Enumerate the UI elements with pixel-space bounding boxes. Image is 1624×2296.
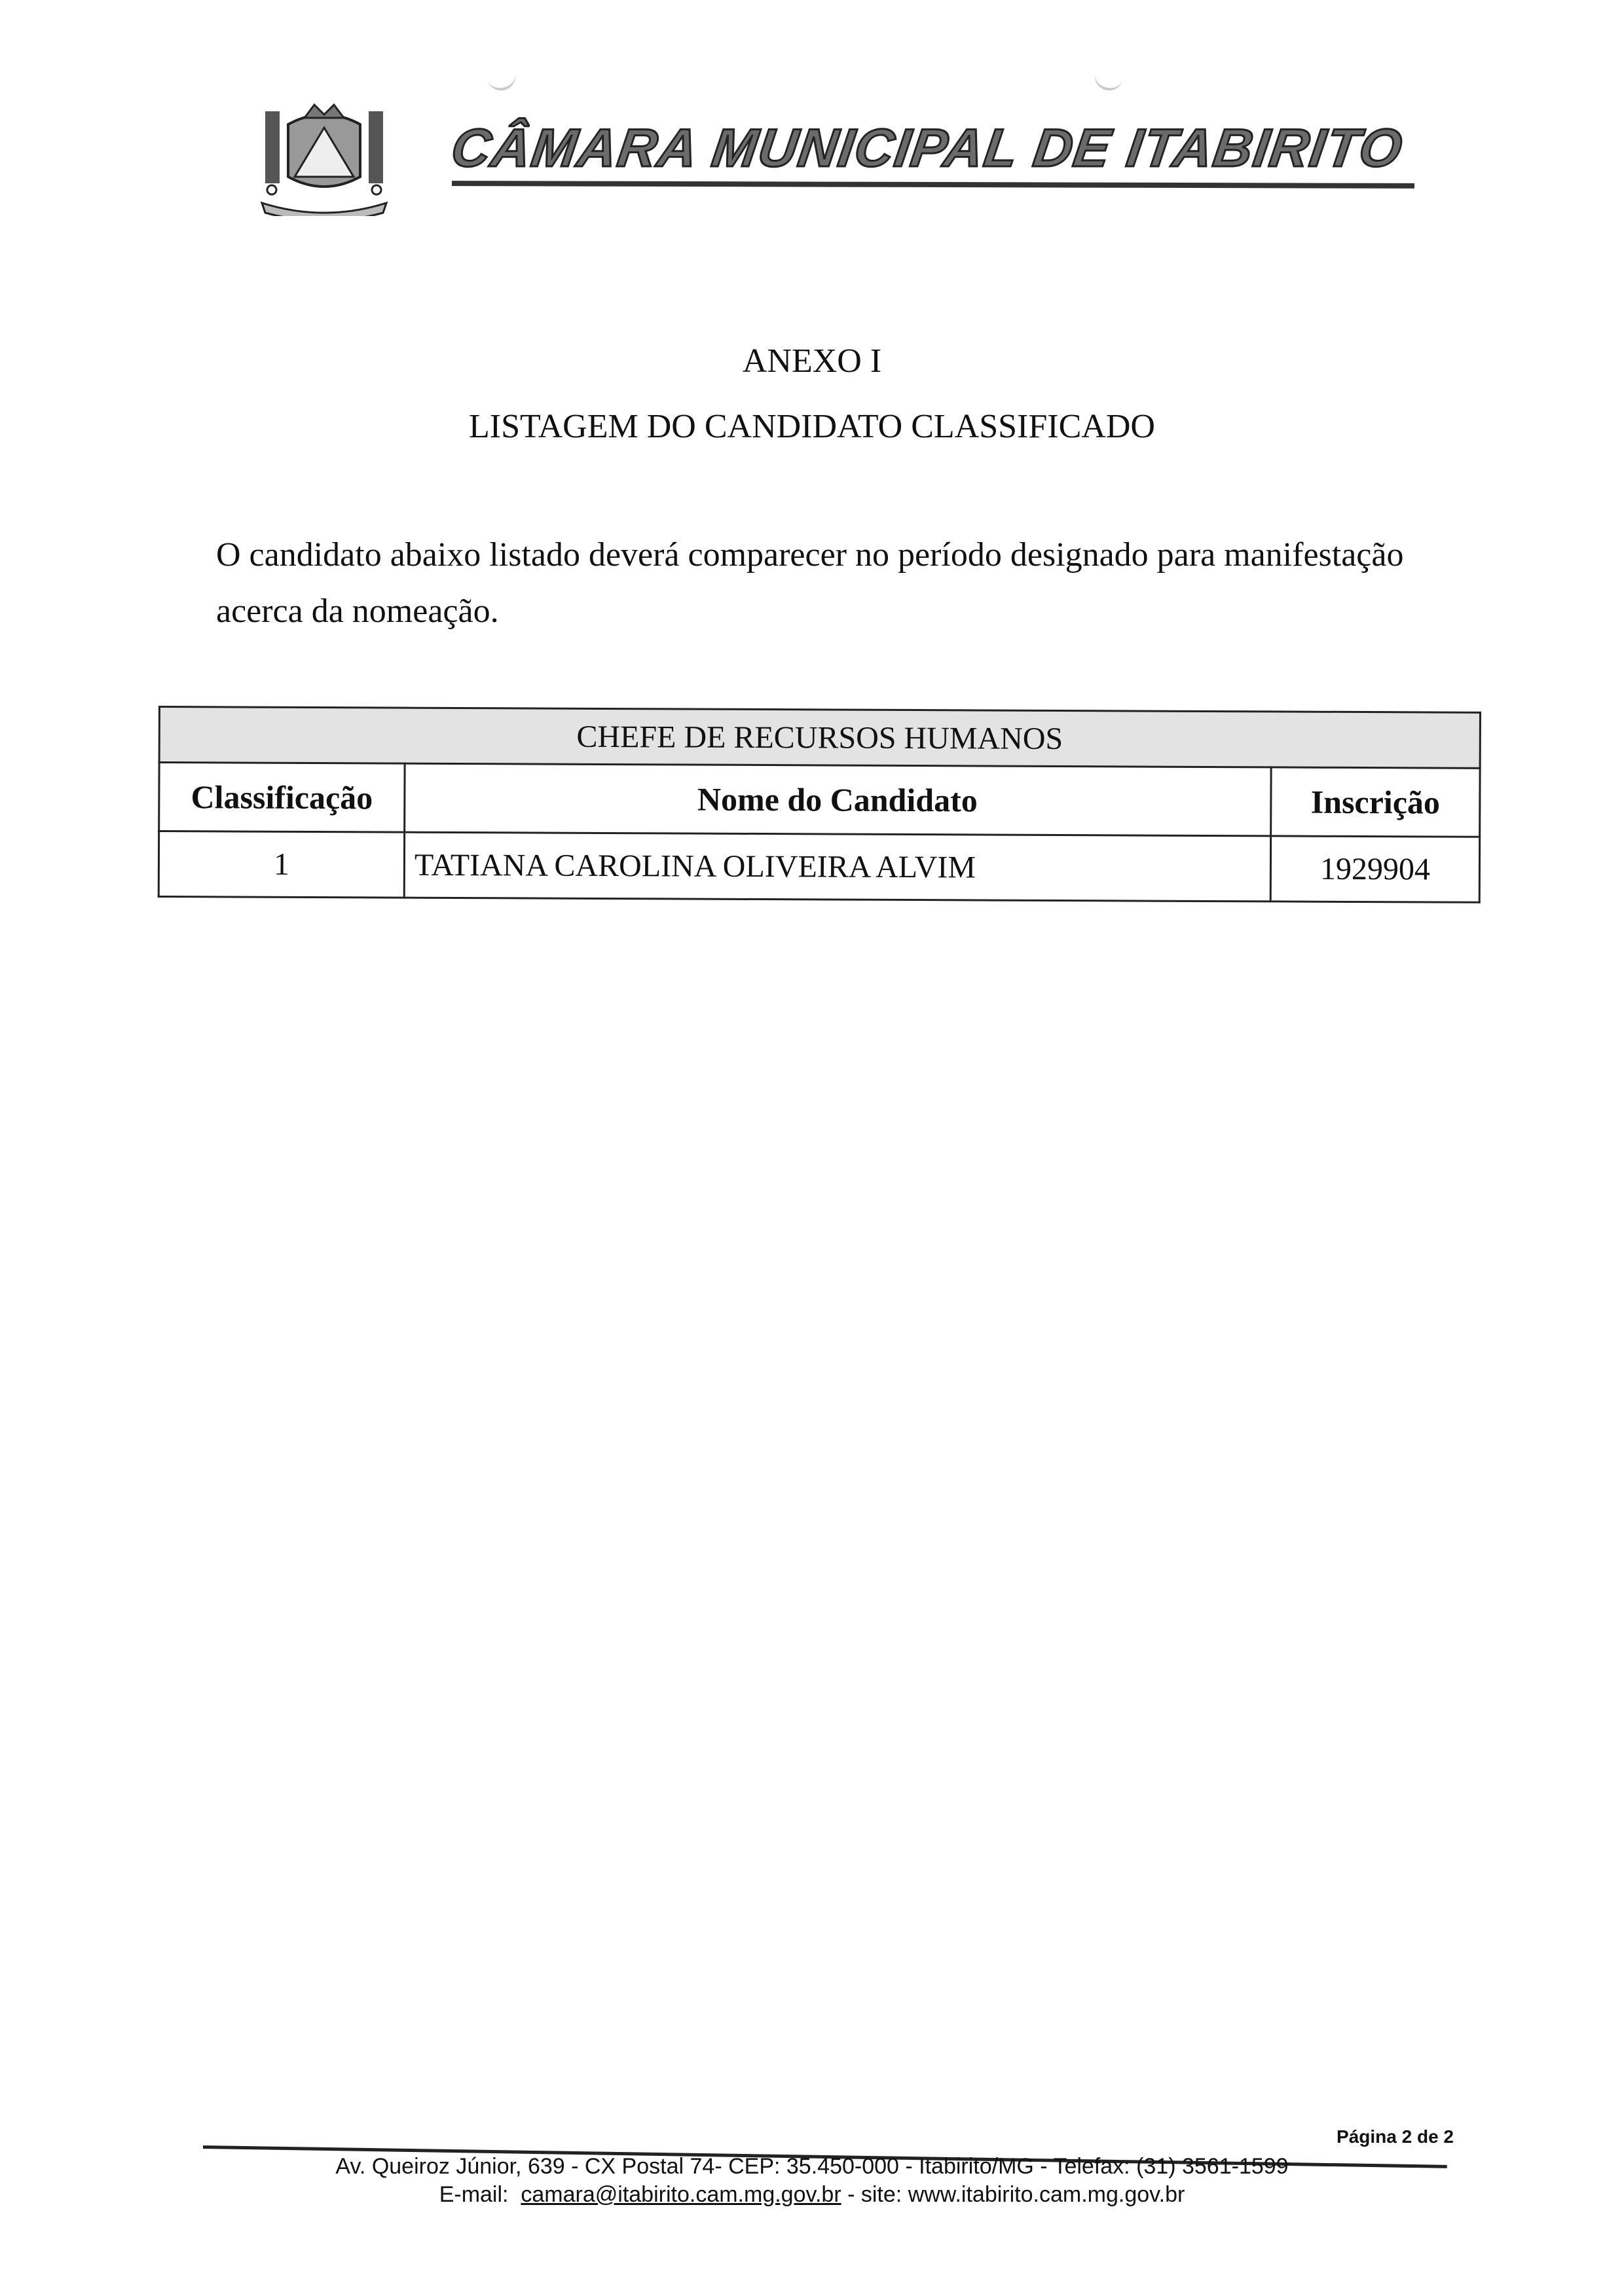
site-label: - site: [847, 2182, 902, 2207]
column-header-classificacao: Classificação [159, 763, 405, 833]
coat-of-arms-icon [259, 98, 390, 216]
intro-paragraph: O candidato abaixo listado deverá compar… [216, 527, 1493, 640]
letterhead-title: CÂMARA MUNICIPAL DE ITABIRITO [447, 118, 1407, 179]
footer-contact: E-mail: camara@itabirito.cam.mg.gov.br -… [0, 2182, 1624, 2208]
punch-hole-mark [1092, 69, 1124, 94]
annex-title: ANEXO I [0, 342, 1624, 380]
site-link[interactable]: www.itabirito.cam.mg.gov.br [908, 2182, 1185, 2207]
page-number: Página 2 de 2 [1337, 2126, 1454, 2147]
cell-inscricao: 1929904 [1270, 836, 1479, 902]
table-title: CHEFE DE RECURSOS HUMANOS [159, 707, 1480, 769]
table-row: 1 TATIANA CAROLINA OLIVEIRA ALVIM 192990… [158, 831, 1479, 903]
list-title: LISTAGEM DO CANDIDATO CLASSIFICADO [0, 407, 1624, 446]
cell-classificacao: 1 [158, 831, 404, 898]
candidate-table: CHEFE DE RECURSOS HUMANOS Classificação … [158, 706, 1481, 903]
letterhead-rule [452, 181, 1414, 189]
punch-hole-mark [487, 69, 519, 94]
footer-address: Av. Queiroz Júnior, 639 - CX Postal 74- … [0, 2154, 1624, 2179]
email-label: E-mail: [439, 2182, 509, 2207]
column-header-nome: Nome do Candidato [405, 763, 1271, 836]
email-link[interactable]: camara@itabirito.cam.mg.gov.br [521, 2182, 841, 2207]
column-header-inscricao: Inscrição [1271, 767, 1480, 837]
cell-nome: TATIANA CAROLINA OLIVEIRA ALVIM [404, 832, 1270, 902]
